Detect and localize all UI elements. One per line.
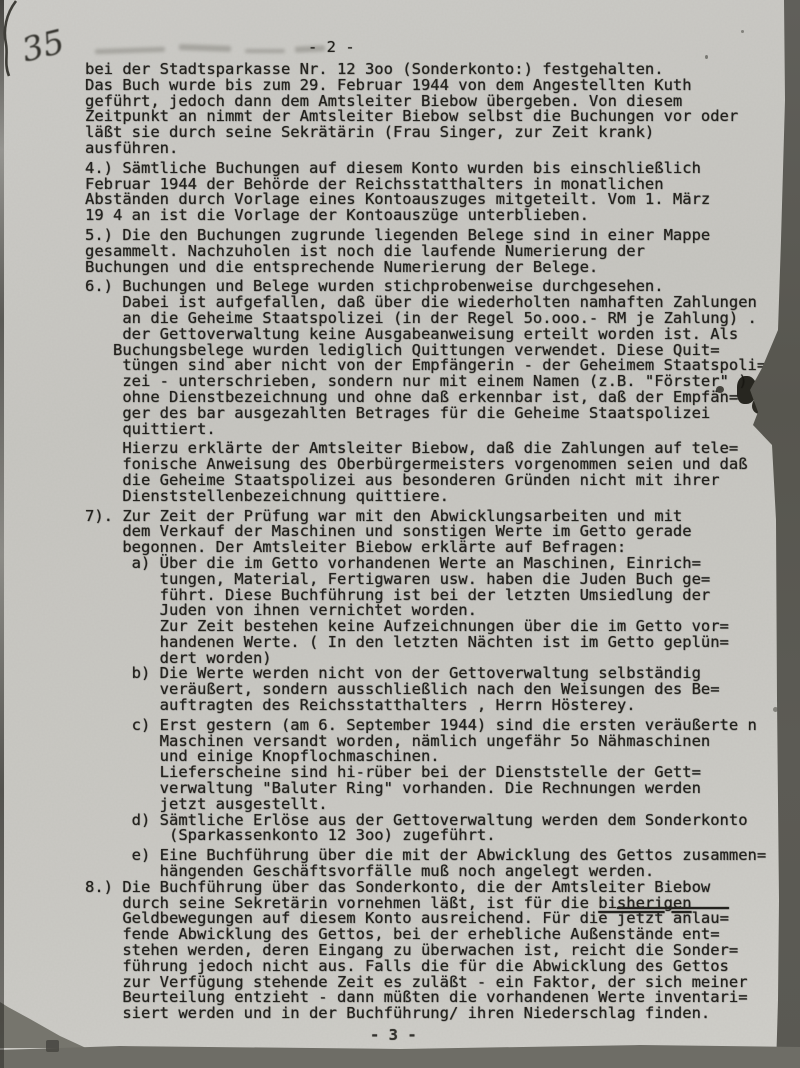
text-line: (Sparkassenkonto 12 3oo) zugeführt. <box>85 828 785 844</box>
text-line: ausführen. <box>85 141 785 157</box>
text-line: Dienststellenbezeichnung quittiere. <box>85 489 785 505</box>
paper-sheet: 35 - 2 - bei der Stadtsparkasse Nr. 12 3… <box>0 0 800 1068</box>
ink-blot <box>716 386 724 393</box>
text-line: quittiert. <box>85 422 785 438</box>
scanned-page: 35 - 2 - bei der Stadtsparkasse Nr. 12 3… <box>0 0 800 1068</box>
fiber-hook-mark <box>0 0 30 80</box>
page-number-top: - 2 - <box>308 38 355 56</box>
page-number-bottom: - 3 - <box>370 1026 417 1044</box>
ink-speck <box>741 30 744 33</box>
paper-tear-notch <box>46 1040 59 1052</box>
text-line: Buchungen und die entsprechende Numerier… <box>85 260 785 276</box>
document-body: bei der Stadtsparkasse Nr. 12 3oo (Sonde… <box>85 62 785 1022</box>
stamp-smudge <box>95 42 330 62</box>
text-line: siert werden und in der Buchführung/ ihr… <box>85 1006 785 1022</box>
text-line: auftragten des Reichsstatthalters , Herr… <box>85 698 785 714</box>
ink-speck <box>705 55 708 59</box>
page-edge-left <box>0 0 4 1068</box>
text-line: läßt sie durch seine Sekrätärin (Frau Si… <box>85 125 785 141</box>
text-line: 19 4 an ist die Vorlage der Kontoauszüge… <box>85 208 785 224</box>
